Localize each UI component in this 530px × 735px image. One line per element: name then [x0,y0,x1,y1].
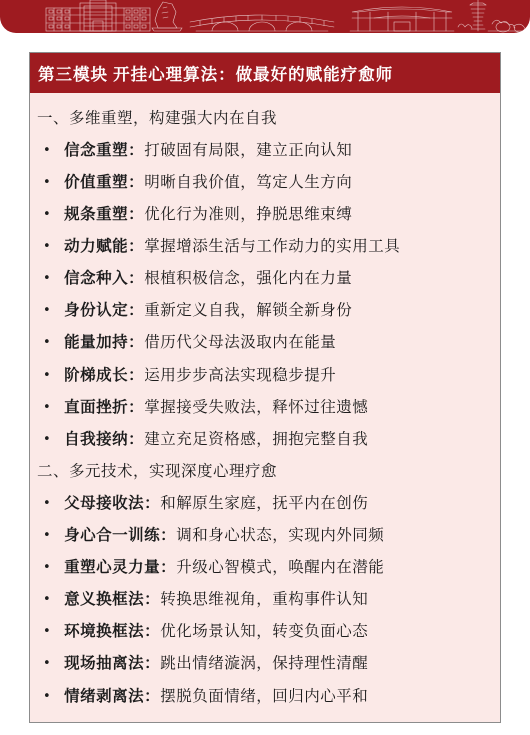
bullet-icon: • [43,497,51,511]
item-label: 阶梯成长： [64,367,144,384]
list-item: • 规条重塑： 优化行为准则，挣脱思维束缚 [30,206,494,223]
item-label: 直面挫折： [64,399,144,416]
item-label: 动力赋能： [64,238,144,255]
item-desc: 借历代父母法汲取内在能量 [144,334,336,351]
bullet-icon: • [43,561,51,575]
bullet-icon: • [43,625,51,639]
list-item: • 情绪剥离法： 摆脱负面情绪，回归内心平和 [30,688,494,705]
bullet-icon: • [43,336,51,350]
item-desc: 优化场景认知，转变负面心态 [160,623,368,640]
item-label: 现场抽离法： [64,655,160,672]
bullet-icon: • [43,369,51,383]
item-desc: 掌握增添生活与工作动力的实用工具 [144,238,400,255]
item-desc: 跳出情绪漩涡，保持理性清醒 [160,655,368,672]
item-label: 能量加持： [64,334,144,351]
list-item: • 现场抽离法： 跳出情绪漩涡，保持理性清醒 [30,655,494,672]
item-desc: 根植积极信念，强化内在力量 [144,270,352,287]
list-item: • 身心合一训练： 调和身心状态，实现内外同频 [30,527,494,544]
list-item: • 能量加持： 借历代父母法汲取内在能量 [30,334,494,351]
item-label: 信念种入： [64,270,144,287]
bullet-icon: • [43,433,51,447]
module-title-bar: 第三模块 开挂心理算法：做最好的赋能疗愈师 [30,53,500,93]
list-item: • 环境换框法： 优化场景认知，转变负面心态 [30,623,494,640]
bullet-icon: • [43,657,51,671]
module-card: 第三模块 开挂心理算法：做最好的赋能疗愈师 一、多维重塑，构建强大内在自我 • … [29,52,501,723]
list-item: • 直面挫折： 掌握接受失败法，释怀过往遗憾 [30,399,494,416]
bullet-icon: • [43,593,51,607]
list-item: • 身份认定： 重新定义自我，解锁全新身份 [30,302,494,319]
item-desc: 建立充足资格感，拥抱完整自我 [144,431,368,448]
list-item: • 信念重塑： 打破固有局限，建立正向认知 [30,142,494,159]
item-label: 身心合一训练： [64,527,176,544]
list-item: • 父母接收法： 和解原生家庭，抚平内在创伤 [30,495,494,512]
item-desc: 转换思维视角，重构事件认知 [160,591,368,608]
item-label: 信念重塑： [64,142,144,159]
section-heading-text: 一、多维重塑，构建强大内在自我 [37,110,277,127]
list-item: • 重塑心灵力量： 升级心智模式，唤醒内在潜能 [30,559,494,576]
item-desc: 和解原生家庭，抚平内在创伤 [160,495,368,512]
item-desc: 摆脱负面情绪，回归内心平和 [160,688,368,705]
bullet-icon: • [43,690,51,704]
bullet-icon: • [43,529,51,543]
module-content-list: 一、多维重塑，构建强大内在自我 • 信念重塑： 打破固有局限，建立正向认知 • … [30,93,500,722]
item-label: 重塑心灵力量： [64,559,176,576]
campus-lineart-icon [0,0,530,33]
module-title: 第三模块 开挂心理算法：做最好的赋能疗愈师 [38,61,393,85]
item-desc: 重新定义自我，解锁全新身份 [144,302,352,319]
item-label: 身份认定： [64,302,144,319]
list-item: • 价值重塑： 明晰自我价值，笃定人生方向 [30,174,494,191]
bullet-icon: • [43,240,51,254]
section-heading-text: 二、多元技术，实现深度心理疗愈 [37,463,277,480]
decorative-banner [0,0,530,33]
item-desc: 掌握接受失败法，释怀过往遗憾 [144,399,368,416]
list-item: • 动力赋能： 掌握增添生活与工作动力的实用工具 [30,238,494,255]
bullet-icon: • [43,176,51,190]
section-heading: 一、多维重塑，构建强大内在自我 [30,110,494,127]
item-label: 规条重塑： [64,206,144,223]
list-item: • 意义换框法： 转换思维视角，重构事件认知 [30,591,494,608]
bullet-icon: • [43,208,51,222]
list-item: • 自我接纳： 建立充足资格感，拥抱完整自我 [30,431,494,448]
list-item: • 信念种入： 根植积极信念，强化内在力量 [30,270,494,287]
item-desc: 打破固有局限，建立正向认知 [144,142,352,159]
bullet-icon: • [43,401,51,415]
bullet-icon: • [43,304,51,318]
bullet-icon: • [43,272,51,286]
item-label: 意义换框法： [64,591,160,608]
list-item: • 阶梯成长： 运用步步高法实现稳步提升 [30,367,494,384]
item-desc: 升级心智模式，唤醒内在潜能 [176,559,384,576]
item-label: 价值重塑： [64,174,144,191]
section-heading: 二、多元技术，实现深度心理疗愈 [30,463,494,480]
item-desc: 优化行为准则，挣脱思维束缚 [144,206,352,223]
item-desc: 运用步步高法实现稳步提升 [144,367,336,384]
item-desc: 调和身心状态，实现内外同频 [176,527,384,544]
item-label: 自我接纳： [64,431,144,448]
item-desc: 明晰自我价值，笃定人生方向 [144,174,352,191]
item-label: 环境换框法： [64,623,160,640]
item-label: 情绪剥离法： [64,688,160,705]
item-label: 父母接收法： [64,495,160,512]
bullet-icon: • [43,144,51,158]
